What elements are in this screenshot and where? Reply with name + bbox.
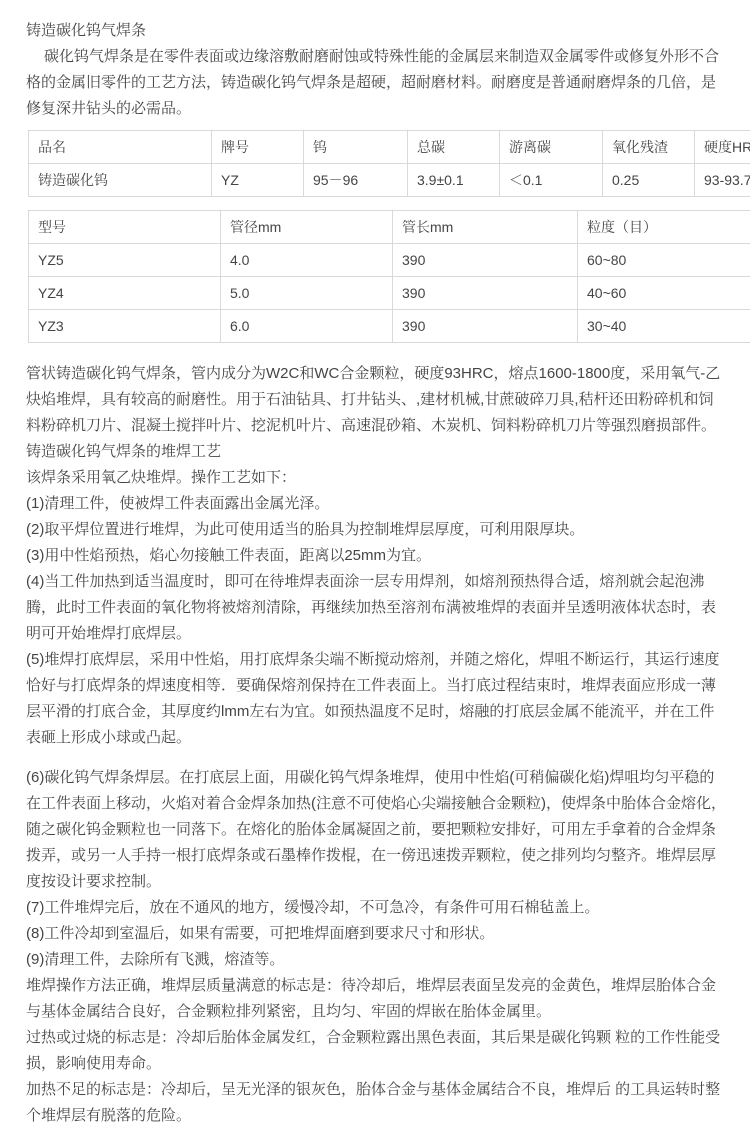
table-cell: YZ3 xyxy=(29,310,221,343)
table-cell: 30~40 xyxy=(578,310,750,343)
table-header-cell: 氧化残渣 xyxy=(603,131,695,164)
step-4: (4)当工件加热到适当温度时，即可在待堆焊表面涂一层专用焊剂，如熔剂预热得合适，… xyxy=(26,569,726,647)
document-page: 铸造碳化钨气焊条 碳化钨气焊条是在零件表面或边缘溶敷耐磨耐蚀或特殊性能的金属层来… xyxy=(0,0,750,1129)
table-cell: 60~80 xyxy=(578,244,750,277)
table-cell: 390 xyxy=(393,244,578,277)
table-header-cell: 游离碳 xyxy=(500,131,603,164)
table-cell: YZ4 xyxy=(29,277,221,310)
step-9: (9)清理工件，去除所有飞溅，熔渣等。 xyxy=(26,947,726,973)
table-cell: 95－96 xyxy=(304,164,408,197)
body-paragraphs: 管状铸造碳化钨气焊条，管内成分为W2C和WC合金颗粒，硬度93HRC，熔点160… xyxy=(26,361,726,1129)
step-2: (2)取平焊位置进行堆焊，为此可使用适当的胎具为控制堆焊层厚度，可利用限厚块。 xyxy=(26,517,726,543)
table-header-cell: 总碳 xyxy=(408,131,500,164)
process-intro: 该焊条采用氧乙炔堆焊。操作工艺如下： xyxy=(26,465,726,491)
step-6: (6)碳化钨气焊条焊层。在打底层上面，用碳化钨气焊条堆焊，使用中性焰(可稍偏碳化… xyxy=(26,765,726,895)
table-row: YZ36.039030~40 xyxy=(29,310,750,343)
table-row: 铸造碳化钨YZ95－963.9±0.1＜0.10.2593-93.7 xyxy=(29,164,750,197)
table-row: YZ45.039040~60 xyxy=(29,277,750,310)
page-title: 铸造碳化钨气焊条 xyxy=(26,18,726,44)
table-header-cell: 管长mm xyxy=(393,211,578,244)
table-cell: 5.0 xyxy=(221,277,393,310)
table-header-row: 型号管径mm管长mm粒度（目） xyxy=(29,211,750,244)
table-cell: 3.9±0.1 xyxy=(408,164,500,197)
usage-paragraph: 管状铸造碳化钨气焊条，管内成分为W2C和WC合金颗粒，硬度93HRC，熔点160… xyxy=(26,361,726,439)
table-cell: 4.0 xyxy=(221,244,393,277)
table-header-cell: 硬度HRC xyxy=(695,131,750,164)
step-3: (3)用中性焰预热，焰心勿接触工件表面，距离以25mm为宜。 xyxy=(26,543,726,569)
table-cell: ＜0.1 xyxy=(500,164,603,197)
table-header-cell: 品名 xyxy=(29,131,212,164)
rod-dimensions-table: 型号管径mm管长mm粒度（目）YZ54.039060~80YZ45.039040… xyxy=(28,210,750,343)
process-heading: 铸造碳化钨气焊条的堆焊工艺 xyxy=(26,439,726,465)
table-cell: 93-93.7 xyxy=(695,164,750,197)
table-cell: 铸造碳化钨 xyxy=(29,164,212,197)
step-1: (1)清理工件，使被焊工件表面露出金属光泽。 xyxy=(26,491,726,517)
intro-paragraph: 碳化钨气焊条是在零件表面或边缘溶敷耐磨耐蚀或特殊性能的金属层来制造双金属零件或修… xyxy=(26,44,726,122)
table-header-cell: 钨 xyxy=(304,131,408,164)
table-header-row: 品名牌号钨总碳游离碳氧化残渣硬度HRC xyxy=(29,131,750,164)
table-header-cell: 粒度（目） xyxy=(578,211,750,244)
step-7: (7)工件堆焊完后，放在不通风的地方，缓慢冷却，不可急冷，有条件可用石棉毡盖上。 xyxy=(26,895,726,921)
table-cell: 40~60 xyxy=(578,277,750,310)
table-cell: 390 xyxy=(393,310,578,343)
table-cell: 390 xyxy=(393,277,578,310)
table-cell: 0.25 xyxy=(603,164,695,197)
step-8: (8)工件冷却到室温后，如果有需要，可把堆焊面磨到要求尺寸和形状。 xyxy=(26,921,726,947)
table-cell: YZ5 xyxy=(29,244,221,277)
table-header-cell: 管径mm xyxy=(221,211,393,244)
overheat-paragraph: 过热或过烧的标志是：冷却后胎体金属发红，合金颗粒露出黑色表面，其后果是碳化钨颗 … xyxy=(26,1025,726,1077)
table-header-cell: 牌号 xyxy=(212,131,304,164)
table-row: YZ54.039060~80 xyxy=(29,244,750,277)
table-header-cell: 型号 xyxy=(29,211,221,244)
table-cell: 6.0 xyxy=(221,310,393,343)
quality-paragraph: 堆焊操作方法正确，堆焊层质量满意的标志是：待冷却后，堆焊层表面呈发亮的金黄色，堆… xyxy=(26,973,726,1025)
underheat-paragraph: 加热不足的标志是：冷却后，呈无光泽的银灰色，胎体合金与基体金属结合不良，堆焊后 … xyxy=(26,1077,726,1129)
step-5: (5)堆焊打底焊层，采用中性焰，用打底焊条尖端不断搅动熔剂，并随之熔化，焊咀不断… xyxy=(26,647,726,751)
table-cell: YZ xyxy=(212,164,304,197)
composition-spec-table: 品名牌号钨总碳游离碳氧化残渣硬度HRC铸造碳化钨YZ95－963.9±0.1＜0… xyxy=(28,130,750,197)
